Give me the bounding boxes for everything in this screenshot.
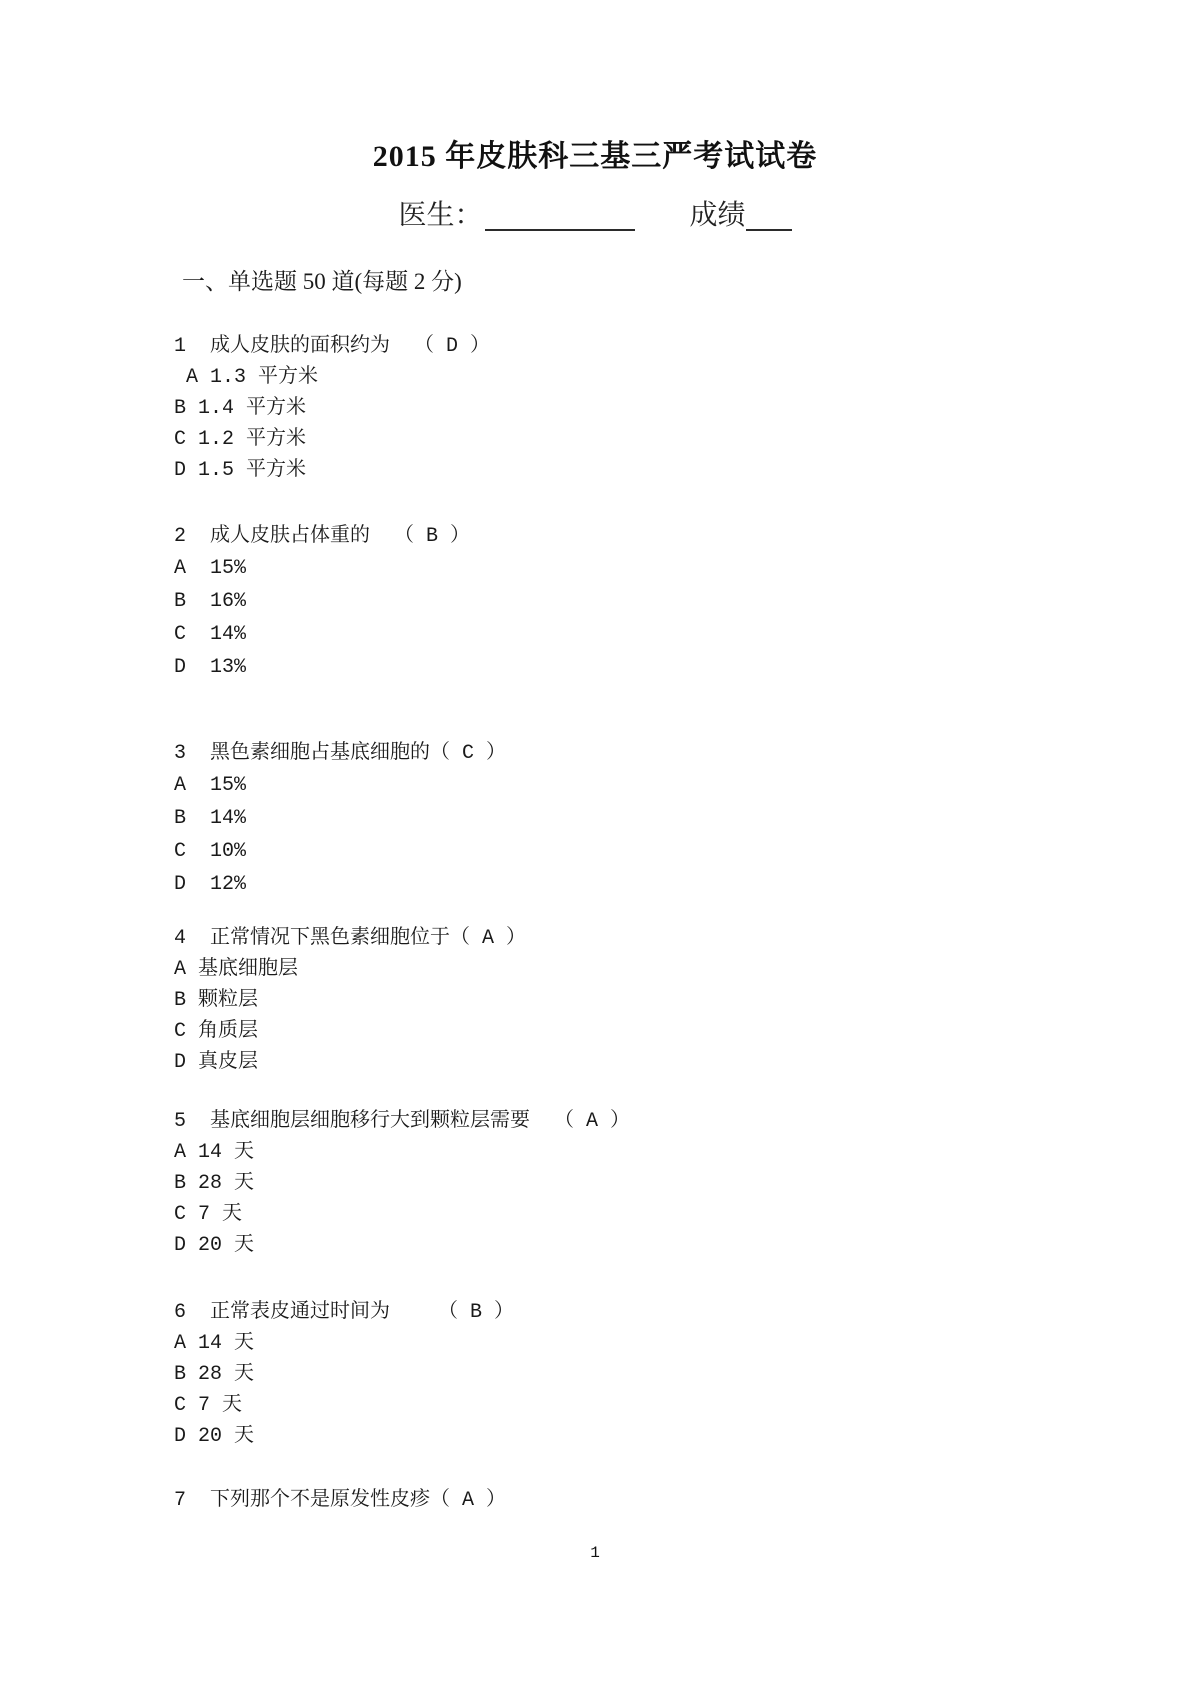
option-d: D 20 天: [174, 1230, 1190, 1261]
option-c: C 10%: [174, 835, 1190, 868]
option-c: C 1.2 平方米: [174, 424, 1190, 455]
question-text: 7 下列那个不是原发性皮疹（ A ）: [174, 1486, 1190, 1516]
section-heading: 一、单选题 50 道(每题 2 分): [0, 264, 1190, 300]
question-text: 2 成人皮肤占体重的 （ B ）: [174, 522, 1190, 552]
option-d: D 13%: [174, 651, 1190, 684]
option-b: B 28 天: [174, 1359, 1190, 1390]
option-b: B 28 天: [174, 1168, 1190, 1199]
question-text: 5 基底细胞层细胞移行大到颗粒层需要 （ A ）: [174, 1107, 1190, 1137]
option-a: A 1.3 平方米: [174, 362, 1190, 393]
question-6: 6 正常表皮通过时间为 （ B ） A 14 天 B 28 天 C 7 天 D …: [174, 1298, 1190, 1452]
option-b: B 14%: [174, 802, 1190, 835]
option-d: D 真皮层: [174, 1047, 1190, 1078]
question-7: 7 下列那个不是原发性皮疹（ A ）: [174, 1486, 1190, 1516]
option-d: D 20 天: [174, 1421, 1190, 1452]
question-3: 3 黑色素细胞占基底细胞的（ C ） A 15% B 14% C 10% D 1…: [174, 739, 1190, 901]
score-fill-line[interactable]: [746, 229, 792, 231]
option-a: A 15%: [174, 769, 1190, 802]
doctor-fill-line[interactable]: [485, 229, 635, 231]
exam-paper-page: 2015 年皮肤科三基三严考试试卷 医生： 成绩 一、单选题 50 道(每题 2…: [0, 0, 1190, 1683]
question-1: 1 成人皮肤的面积约为 （ D ） A 1.3 平方米 B 1.4 平方米 C …: [174, 332, 1190, 486]
score-label: 成绩: [690, 198, 746, 234]
option-a: A 14 天: [174, 1328, 1190, 1359]
question-list: 1 成人皮肤的面积约为 （ D ） A 1.3 平方米 B 1.4 平方米 C …: [0, 332, 1190, 1516]
option-c: C 7 天: [174, 1199, 1190, 1230]
option-c: C 7 天: [174, 1390, 1190, 1421]
option-d: D 1.5 平方米: [174, 455, 1190, 486]
page-title: 2015 年皮肤科三基三严考试试卷: [0, 136, 1190, 178]
question-5: 5 基底细胞层细胞移行大到颗粒层需要 （ A ） A 14 天 B 28 天 C…: [174, 1107, 1190, 1261]
page-number: 1: [0, 1544, 1190, 1562]
question-text: 6 正常表皮通过时间为 （ B ）: [174, 1298, 1190, 1328]
option-b: B 16%: [174, 585, 1190, 618]
byline: 医生： 成绩: [0, 198, 1190, 234]
question-4: 4 正常情况下黑色素细胞位于（ A ） A 基底细胞层 B 颗粒层 C 角质层 …: [174, 924, 1190, 1078]
option-c: C 14%: [174, 618, 1190, 651]
question-text: 3 黑色素细胞占基底细胞的（ C ）: [174, 739, 1190, 769]
question-text: 4 正常情况下黑色素细胞位于（ A ）: [174, 924, 1190, 954]
option-b: B 颗粒层: [174, 985, 1190, 1016]
option-a: A 14 天: [174, 1137, 1190, 1168]
doctor-label: 医生：: [398, 198, 482, 234]
question-2: 2 成人皮肤占体重的 （ B ） A 15% B 16% C 14% D 13%: [174, 522, 1190, 684]
option-a: A 基底细胞层: [174, 954, 1190, 985]
option-d: D 12%: [174, 868, 1190, 901]
question-text: 1 成人皮肤的面积约为 （ D ）: [174, 332, 1190, 362]
option-a: A 15%: [174, 552, 1190, 585]
option-c: C 角质层: [174, 1016, 1190, 1047]
option-b: B 1.4 平方米: [174, 393, 1190, 424]
